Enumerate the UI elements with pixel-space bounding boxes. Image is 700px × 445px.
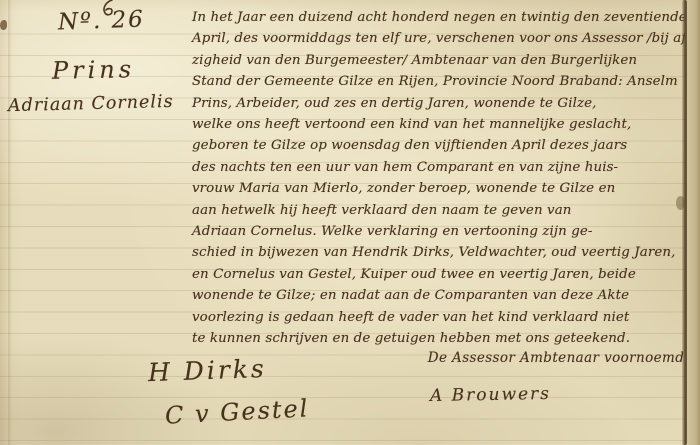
left-page-crease	[8, 0, 12, 445]
record-text-line: Stand der Gemeente Gilze en Rijen, Provi…	[192, 71, 689, 92]
signature-official-brouwers: A Brouwers	[430, 384, 551, 406]
record-text-line: In het Jaar een duizend acht honderd neg…	[192, 7, 689, 28]
margin-child-name: Adriaan Cornelis	[8, 92, 174, 116]
ink-stain	[0, 20, 7, 30]
record-text-line: April, des voormiddags ten elf ure, vers…	[192, 28, 689, 49]
record-text-line: geboren te Gilze op woensdag den vijftie…	[192, 135, 689, 156]
record-text-line: voorlezing is gedaan heeft de vader van …	[192, 307, 689, 328]
record-text-line: wonende te Gilze; en nadat aan de Compar…	[192, 285, 689, 306]
record-text-line: Prins, Arbeider, oud zes en dertig Jaren…	[192, 93, 689, 114]
record-text-line: schied in bijwezen van Hendrik Dirks, Ve…	[192, 242, 689, 263]
record-text-line: des nachts ten een uur van hem Comparant…	[192, 157, 689, 178]
record-text-line: aan hetwelk hij heeft verklaard den naam…	[192, 200, 689, 221]
signature-witness-dirks: H Dirks	[148, 354, 268, 387]
next-page-strip	[687, 0, 700, 445]
record-text-line: Adriaan Cornelus. Welke verklaring en ve…	[192, 221, 689, 242]
signature-witness-gestel: C v Gestel	[164, 394, 310, 430]
record-text-line: zigheid van den Burgemeester/ Ambtenaar …	[192, 50, 689, 71]
record-text-line: vrouw Maria van Mierlo, zonder beroep, w…	[192, 178, 689, 199]
birth-record-scan: Nº. 26 Prins Adriaan Cornelis In het Jaa…	[0, 0, 700, 445]
act-body-text: In het Jaar een duizend acht honderd neg…	[192, 7, 689, 350]
record-text-line: te kunnen schrijven en de getuigen hebbe…	[192, 328, 689, 349]
record-text-line: en Cornelus van Gestel, Kuiper oud twee …	[192, 264, 689, 285]
record-number: Nº. 26	[58, 6, 146, 35]
record-text-line: welke ons heeft vertoond een kind van he…	[192, 114, 689, 135]
margin-surname: Prins	[52, 55, 136, 84]
